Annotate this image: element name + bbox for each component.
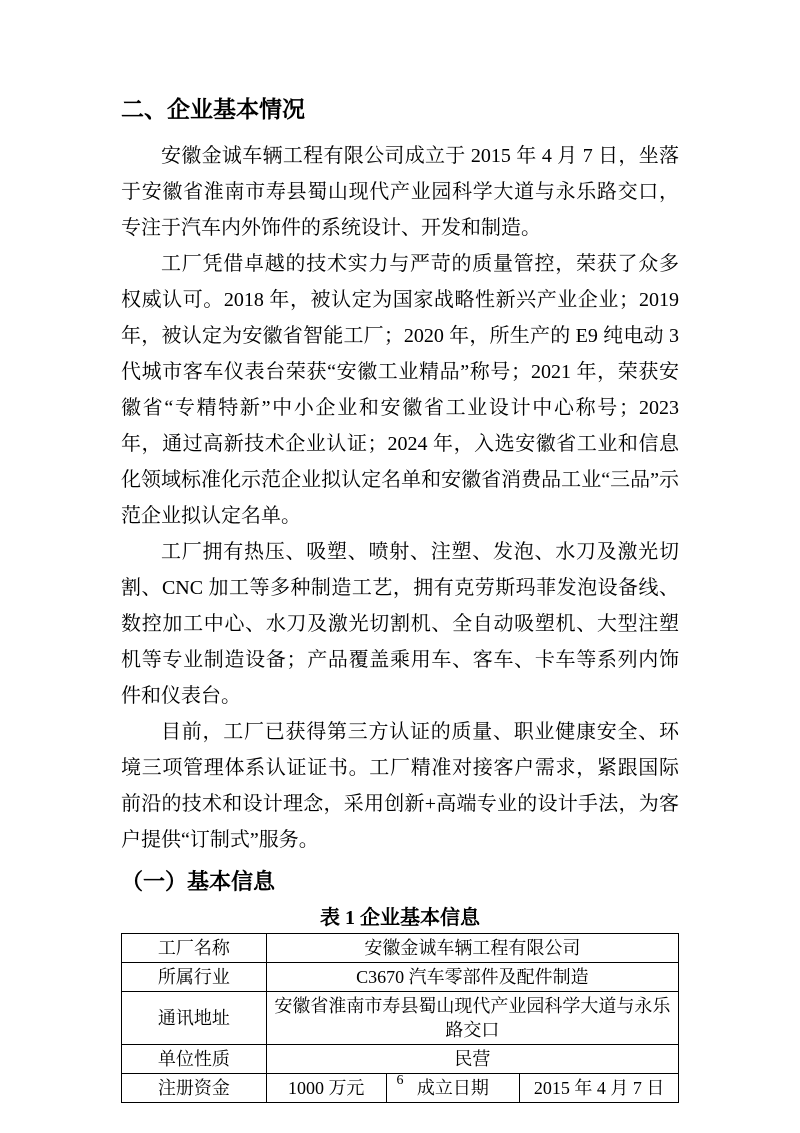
paragraph-honors: 工厂凭借卓越的技术实力与严苛的质量管控，荣获了众多权威认可。2018 年，被认定… bbox=[121, 246, 679, 534]
table-caption: 表 1 企业基本信息 bbox=[121, 905, 679, 931]
table-row-address: 通讯地址 安徽省淮南市寿县蜀山现代产业园科学大道与永乐路交口 bbox=[122, 992, 679, 1045]
table-row-ownership: 单位性质 民营 bbox=[122, 1045, 679, 1074]
address-value-cell: 安徽省淮南市寿县蜀山现代产业园科学大道与永乐路交口 bbox=[266, 992, 678, 1045]
subsection-heading: （一）基本信息 bbox=[121, 867, 679, 897]
ownership-label-cell: 单位性质 bbox=[122, 1045, 267, 1074]
table-row-factory-name: 工厂名称 安徽金诚车辆工程有限公司 bbox=[122, 934, 679, 963]
industry-label-cell: 所属行业 bbox=[122, 963, 267, 992]
section-heading: 二、企业基本情况 bbox=[121, 95, 679, 125]
factory-name-value-cell: 安徽金诚车辆工程有限公司 bbox=[266, 934, 678, 963]
paragraph-company-intro: 安徽金诚车辆工程有限公司成立于 2015 年 4 月 7 日，坐落于安徽省淮南市… bbox=[121, 138, 679, 246]
factory-name-label-cell: 工厂名称 bbox=[122, 934, 267, 963]
ownership-value-cell: 民营 bbox=[266, 1045, 678, 1074]
industry-value-cell: C3670 汽车零部件及配件制造 bbox=[266, 963, 678, 992]
paragraph-manufacturing: 工厂拥有热压、吸塑、喷射、注塑、发泡、水刀及激光切割、CNC 加工等多种制造工艺… bbox=[121, 534, 679, 714]
table-row-industry: 所属行业 C3670 汽车零部件及配件制造 bbox=[122, 963, 679, 992]
paragraph-certification: 目前，工厂已获得第三方认证的质量、职业健康安全、环境三项管理体系认证证书。工厂精… bbox=[121, 714, 679, 858]
address-label-cell: 通讯地址 bbox=[122, 992, 267, 1045]
page-number: 6 bbox=[0, 1073, 800, 1089]
document-page: 二、企业基本情况 安徽金诚车辆工程有限公司成立于 2015 年 4 月 7 日，… bbox=[0, 0, 800, 1133]
